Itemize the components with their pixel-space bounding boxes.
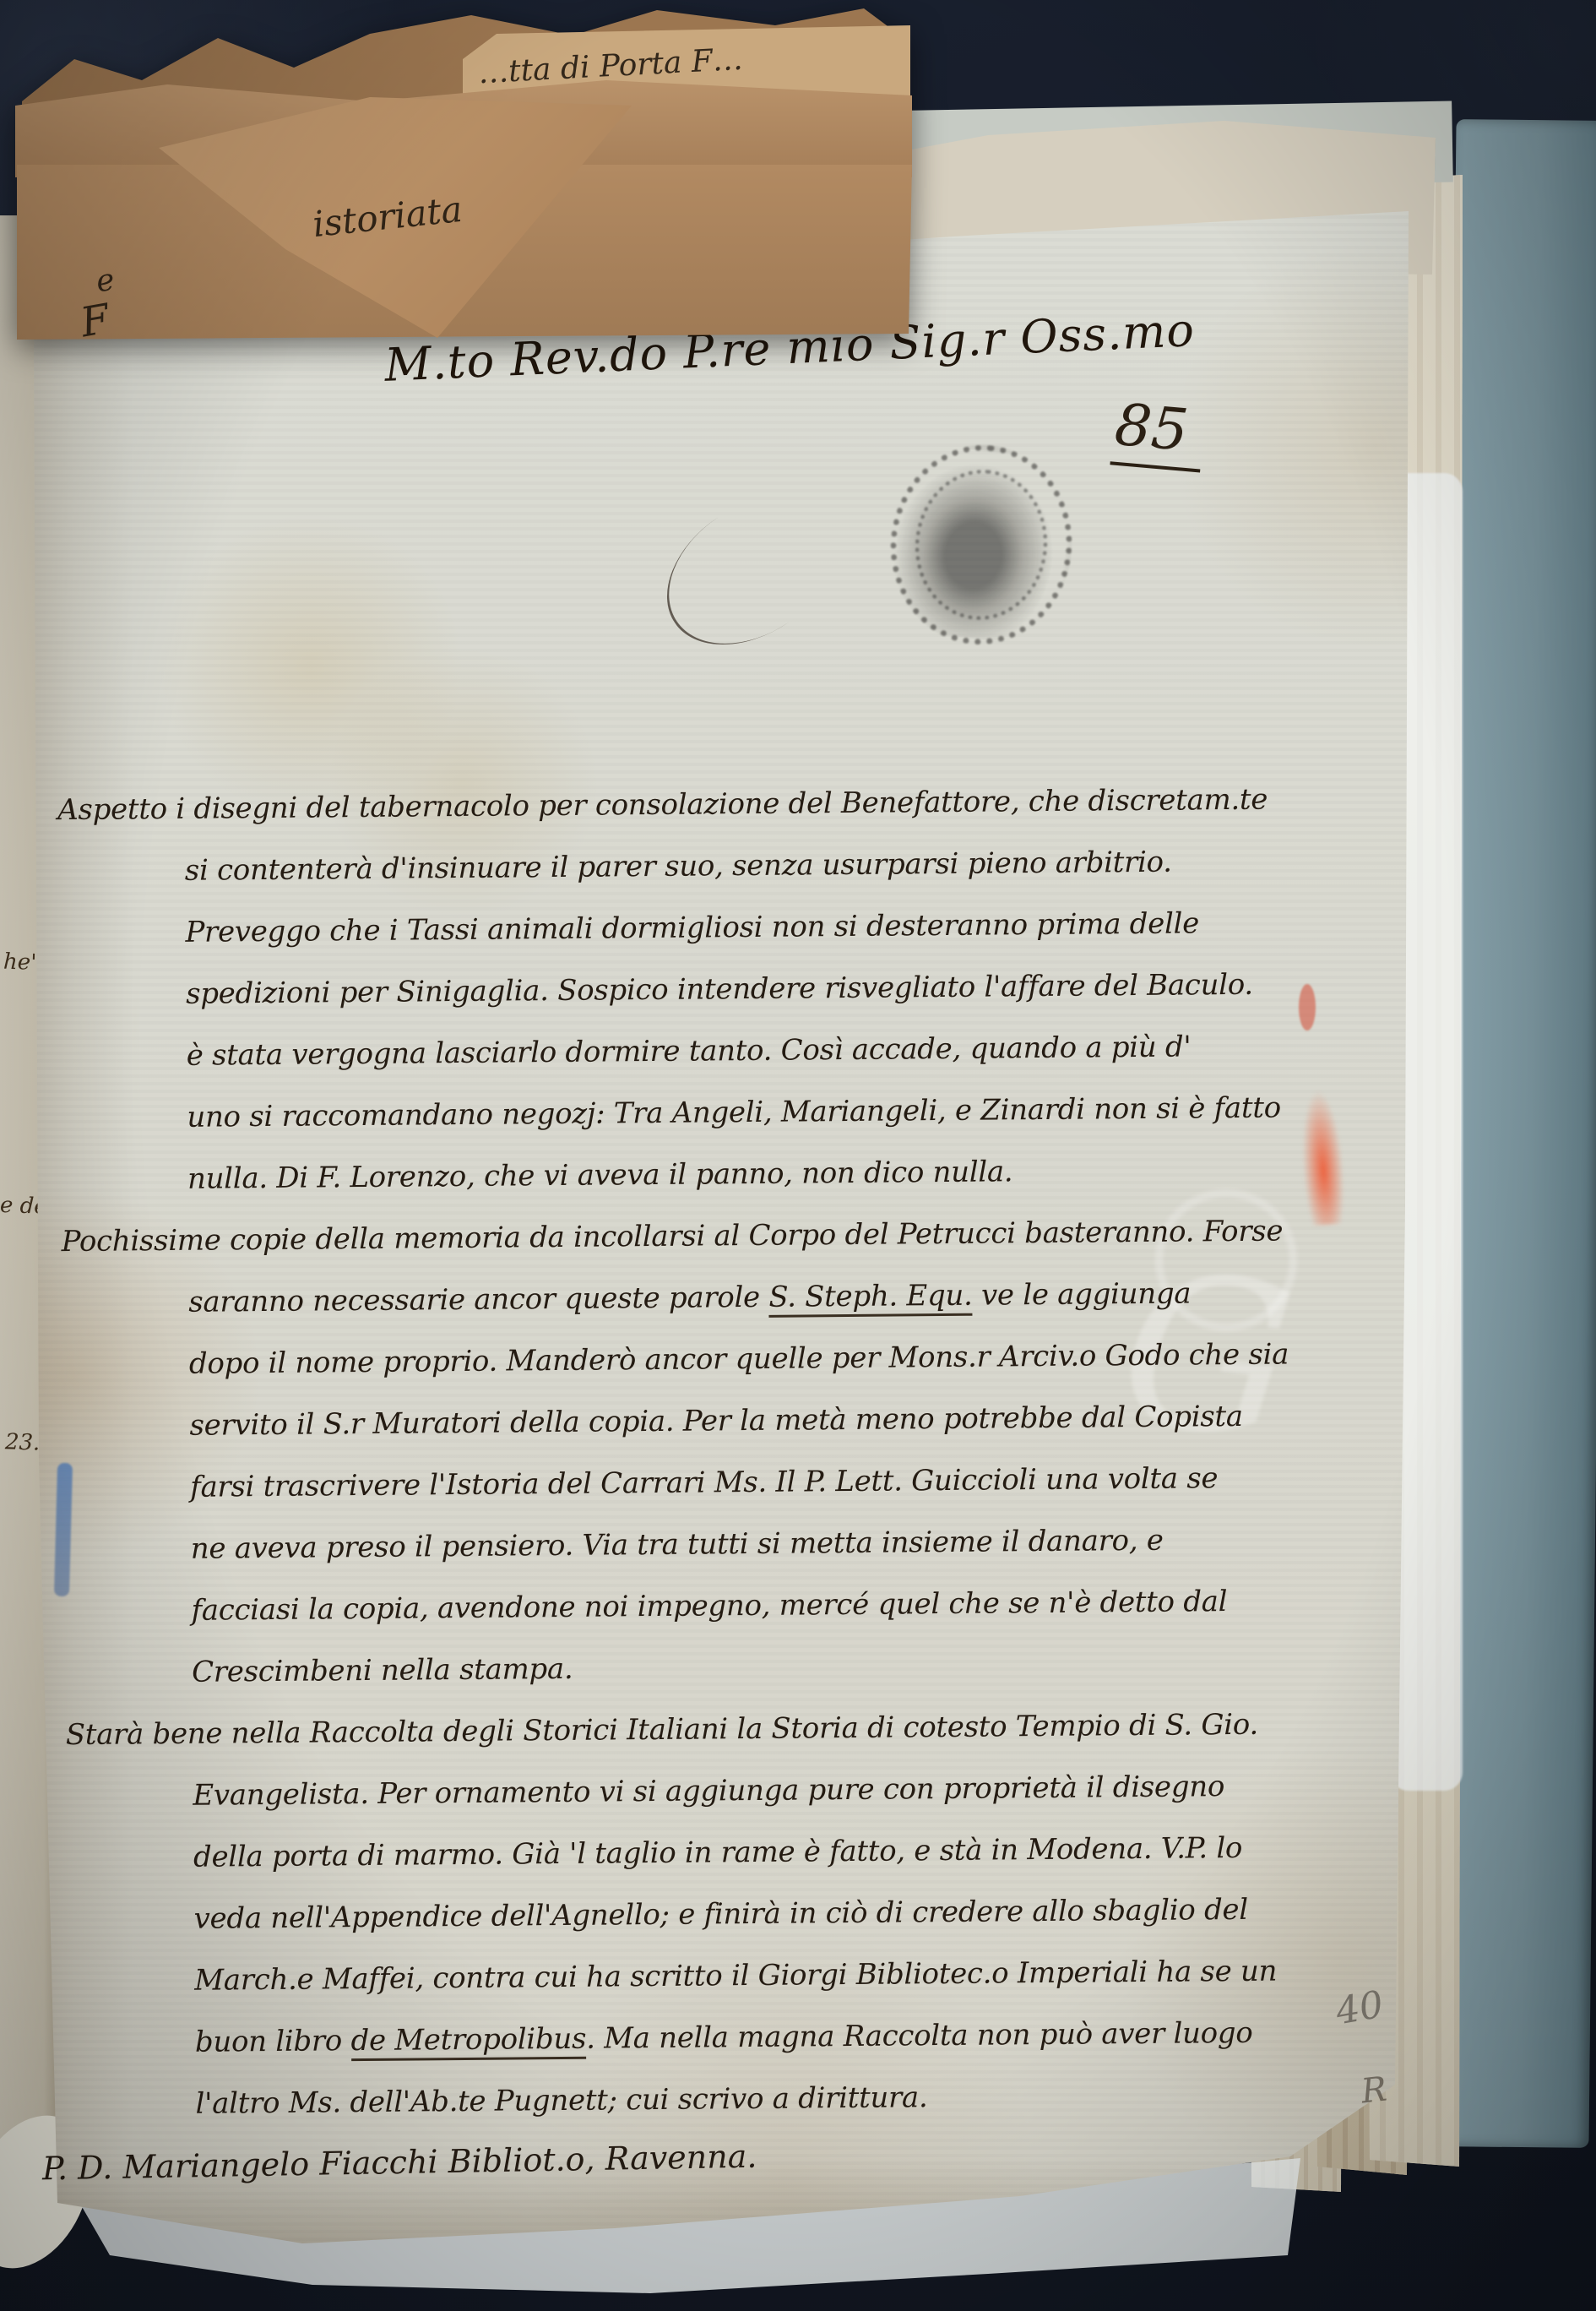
letter-body: Aspetto i disegni del tabernacolo per co… <box>184 782 1319 2149</box>
line-text: ve le aggiunga <box>972 1276 1191 1312</box>
manuscript-line: March.e Maffei, contra cui ha scritto il… <box>194 1954 1318 2026</box>
line-text: l'altro Ms. dell'Ab.te Pugnett; cui scri… <box>195 2080 927 2121</box>
line-text: Crescimbeni nella stampa. <box>192 1652 573 1689</box>
margin-mark: R <box>1360 2070 1389 2112</box>
manuscript-line: facciasi la copia, avendone noi impegno,… <box>191 1584 1315 1656</box>
margin-mark: 40 <box>1333 1983 1387 2034</box>
manuscript-line: Pochissime copie della memoria da incoll… <box>61 1214 1311 1286</box>
manuscript-line: spedizioni per Sinigaglia. Sospico inten… <box>186 967 1310 1039</box>
manuscript-line: buon libro de Metropolibus. Ma nella mag… <box>195 2015 1319 2087</box>
kraft-wrapper-envelope: …tta di Porta F… istoriata e F <box>15 0 923 340</box>
manuscript-line: Evangelista. Per ornamento vi si aggiung… <box>193 1769 1316 1841</box>
line-text: . Ma nella magna Raccolta non può aver l… <box>586 2016 1253 2056</box>
manuscript-line: Preveggo che i Tassi animali dormigliosi… <box>185 905 1309 977</box>
manuscript-line: servito il S.r Muratori della copia. Per… <box>189 1399 1313 1471</box>
underlined-phrase: S. Steph. Equ. <box>768 1279 973 1318</box>
underlined-phrase: de Metropolibus <box>350 2022 586 2061</box>
manuscript-line: ne aveva preso il pensiero. Via tra tutt… <box>191 1522 1315 1594</box>
manuscript-line: Crescimbeni nella stampa. <box>192 1645 1316 1717</box>
manuscript-line: veda nell'Appendice dell'Agnello; e fini… <box>193 1892 1317 1964</box>
manuscript-line: si contenterà d'insinuare il parer suo, … <box>185 844 1309 916</box>
line-text: nulla. Di F. Lorenzo, che vi aveva il pa… <box>187 1155 1013 1196</box>
folio-number-text: 85 <box>1110 392 1206 473</box>
manuscript-line: uno si raccomandano negozj: Tra Angeli, … <box>187 1090 1311 1162</box>
manuscript-line: saranno necessarie ancor queste parole S… <box>188 1275 1312 1347</box>
line-text: saranno necessarie ancor queste parole <box>188 1281 768 1319</box>
manuscript-line: farsi trascrivere l'Istoria del Carrari … <box>190 1460 1314 1532</box>
line-text: buon libro <box>195 2024 351 2059</box>
manuscript-line: Starà bene nella Raccolta degli Storici … <box>66 1707 1316 1780</box>
facing-page-text-fragment: 23. <box>4 1429 40 1455</box>
manuscript-photo-scene: he' qu e de' 23. M.to Rev.do P.re mio Si… <box>0 0 1596 2311</box>
manuscript-line: è stata vergogna lasciarlo dormire tanto… <box>187 1029 1311 1101</box>
manuscript-line: l'altro Ms. dell'Ab.te Pugnett; cui scri… <box>195 2077 1319 2149</box>
manuscript-line: dopo il nome proprio. Manderò ancor quel… <box>189 1337 1313 1409</box>
manuscript-line: della porta di marmo. Già 'l taglio in r… <box>193 1830 1317 1902</box>
manuscript-line: Aspetto i disegni del tabernacolo per co… <box>57 782 1308 855</box>
folio-number: 85 <box>1111 393 1205 470</box>
manuscript-line: nulla. Di F. Lorenzo, che vi aveva il pa… <box>187 1152 1311 1224</box>
red-wax-dot <box>1299 984 1316 1030</box>
